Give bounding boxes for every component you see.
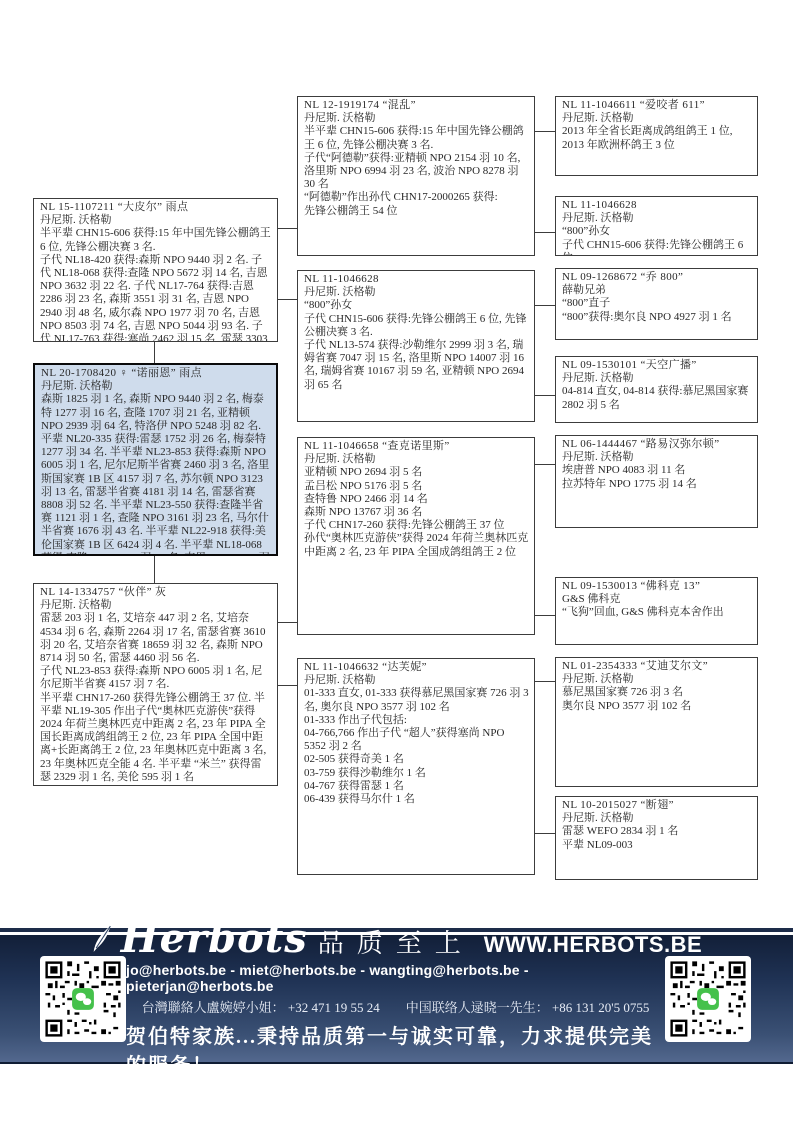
contact-china: 中国联络人逯晓一先生： +86 131 20'5 0755	[406, 997, 650, 1016]
pigeon-results: “飞狗”回血, G&S 佛科克本舍作出	[562, 606, 752, 619]
connector-line	[535, 395, 555, 396]
pigeon-owner: 丹尼斯. 沃格勒	[562, 372, 752, 385]
connector-line	[278, 622, 297, 623]
pigeon-owner: 丹尼斯. 沃格勒	[41, 380, 271, 393]
contact-emails: jo@herbots.be - miet@herbots.be - wangti…	[126, 962, 665, 994]
wechat-icon	[697, 988, 719, 1010]
pedigree-document-page: NL 15-1107211 “大皮尔” 雨点 丹尼斯. 沃格勒 半平辈 CHN1…	[0, 0, 793, 1122]
connector-line	[278, 685, 297, 686]
connector-line	[535, 131, 555, 132]
pigeon-owner: 丹尼斯. 沃格勒	[562, 212, 752, 225]
pigeon-owner: 丹尼斯. 沃格勒	[562, 812, 752, 825]
connector-line	[535, 305, 555, 306]
contact-taiwan: 台灣聯絡人盧婉婷小姐： +32 471 19 55 24	[142, 997, 380, 1016]
pigeon-ring-title: NL 20-1708420 ♀ “诺丽恩” 雨点	[41, 367, 271, 380]
footer-banner: Herbots 品质至上 WWW.HERBOTS.BE jo@herbots.b…	[0, 935, 793, 1064]
connector-line	[535, 464, 555, 465]
footer-content: Herbots 品质至上 WWW.HERBOTS.BE jo@herbots.b…	[126, 919, 665, 1078]
pigeon-results: 森斯 1825 羽 1 名, 森斯 NPO 9440 羽 2 名, 梅泰特 12…	[41, 393, 271, 556]
brand-slogan: 贺伯特家族...秉持品质第一与诚实可靠，力求提供完美的服务！	[126, 1020, 665, 1078]
pigeon-owner: 丹尼斯. 沃格勒	[562, 451, 752, 464]
pigeon-ring-title: NL 11-1046628	[562, 199, 752, 212]
contact-row: 台灣聯絡人盧婉婷小姐： +32 471 19 55 24 中国联络人逯晓一先生：…	[142, 997, 650, 1016]
pigeon-owner: G&S 佛科克	[562, 593, 752, 606]
brand-logo-text: Herbots	[121, 919, 308, 959]
pigeon-ring-title: NL 10-2015027 “断翅”	[562, 799, 752, 812]
pigeon-owner: 丹尼斯. 沃格勒	[40, 214, 272, 227]
pedigree-box-ggparent-2: NL 11-1046628 丹尼斯. 沃格勒 “800”孙女 子代 CHN15-…	[555, 196, 758, 256]
connector-line	[535, 615, 555, 616]
pigeon-results: 慕尼黑国家赛 726 羽 3 名 奥尔良 NPO 3577 羽 102 名	[562, 686, 752, 712]
brand-quality-text: 品质至上	[318, 930, 474, 958]
pigeon-owner: 丹尼斯. 沃格勒	[304, 674, 529, 687]
pigeon-results: 01-333 直女, 01-333 获得慕尼黑国家赛 726 羽 3 名, 奥尔…	[304, 687, 529, 806]
pigeon-results: 04-814 直女, 04-814 获得:慕尼黑国家赛 2802 羽 5 名	[562, 385, 752, 411]
pigeon-results: 雷瑟 WEFO 2834 羽 1 名 平辈 NL09-003	[562, 825, 752, 851]
pedigree-box-ggparent-6: NL 09-1530013 “佛科克 13” G&S 佛科克 “飞狗”回血, G…	[555, 577, 758, 645]
pedigree-box-subject: NL 20-1708420 ♀ “诺丽恩” 雨点 丹尼斯. 沃格勒 森斯 182…	[33, 363, 278, 556]
pedigree-box-grandparent-3: NL 11-1046658 “查克诺里斯” 丹尼斯. 沃格勒 亚精顿 NPO 2…	[297, 437, 535, 635]
pedigree-box-grandparent-2: NL 11-1046628 丹尼斯. 沃格勒 “800”孙女 子代 CHN15-…	[297, 270, 535, 422]
pedigree-box-father: NL 15-1107211 “大皮尔” 雨点 丹尼斯. 沃格勒 半平辈 CHN1…	[33, 198, 278, 342]
pigeon-results: 雷瑟 203 羽 1 名, 艾培奈 447 羽 2 名, 艾培奈 4534 羽 …	[40, 612, 272, 784]
connector-line	[154, 556, 155, 583]
connector-line	[535, 681, 555, 682]
pigeon-ring-title: NL 15-1107211 “大皮尔” 雨点	[40, 201, 272, 214]
wechat-qr-code-left	[40, 956, 126, 1042]
pigeon-ring-title: NL 09-1268672 “乔 800”	[562, 271, 752, 284]
pigeon-results: 埃唐普 NPO 4083 羽 11 名 拉苏特年 NPO 1775 羽 14 名	[562, 464, 752, 490]
pigeon-ring-title: NL 11-1046611 “爱咬者 611”	[562, 99, 752, 112]
pedigree-box-ggparent-3: NL 09-1268672 “乔 800” 薛勒兄弟 “800”直子 “800”…	[555, 268, 758, 340]
connector-line	[154, 342, 155, 363]
feather-icon	[86, 924, 117, 955]
pigeon-ring-title: NL 06-1444467 “路易汉弥尔顿”	[562, 438, 752, 451]
connector-line	[278, 299, 297, 300]
pedigree-box-ggparent-4: NL 09-1530101 “天空广播” 丹尼斯. 沃格勒 04-814 直女,…	[555, 356, 758, 423]
wechat-qr-code-right	[665, 956, 751, 1042]
pigeon-owner: 丹尼斯. 沃格勒	[304, 286, 529, 299]
pigeon-owner: 丹尼斯. 沃格勒	[304, 112, 529, 125]
pigeon-owner: 丹尼斯. 沃格勒	[562, 112, 752, 125]
pigeon-owner: 丹尼斯. 沃格勒	[304, 453, 529, 466]
pigeon-results: 亚精顿 NPO 2694 羽 5 名 孟吕松 NPO 5176 羽 5 名 查特…	[304, 466, 529, 558]
pigeon-ring-title: NL 09-1530101 “天空广播”	[562, 359, 752, 372]
pigeon-results: “800”孙女 子代 CHN15-606 获得:先锋公棚鸽王 6 位, 先锋公棚…	[304, 299, 529, 391]
pigeon-ring-title: NL 11-1046628	[304, 273, 529, 286]
connector-line	[535, 833, 555, 834]
wechat-icon	[72, 988, 94, 1010]
brand-website: WWW.HERBOTS.BE	[484, 932, 702, 958]
brand-row: Herbots 品质至上 WWW.HERBOTS.BE	[89, 919, 702, 959]
pigeon-results: 半平辈 CHN15-606 获得:15 年中国先锋公棚鸽王 6 位, 先锋公棚决…	[304, 125, 529, 217]
connector-line	[278, 228, 297, 229]
pedigree-box-ggparent-8: NL 10-2015027 “断翅” 丹尼斯. 沃格勒 雷瑟 WEFO 2834…	[555, 796, 758, 880]
pedigree-box-ggparent-1: NL 11-1046611 “爱咬者 611” 丹尼斯. 沃格勒 2013 年全…	[555, 96, 758, 176]
pigeon-owner: 丹尼斯. 沃格勒	[40, 599, 272, 612]
connector-line	[535, 232, 555, 233]
pigeon-ring-title: NL 12-1919174 “混乱”	[304, 99, 529, 112]
pedigree-box-grandparent-1: NL 12-1919174 “混乱” 丹尼斯. 沃格勒 半平辈 CHN15-60…	[297, 96, 535, 256]
pigeon-results: “800”直子 “800”获得:奥尔良 NPO 4927 羽 1 名	[562, 297, 752, 323]
pedigree-box-grandparent-4: NL 11-1046632 “达芙妮” 丹尼斯. 沃格勒 01-333 直女, …	[297, 658, 535, 875]
pedigree-box-ggparent-5: NL 06-1444467 “路易汉弥尔顿” 丹尼斯. 沃格勒 埃唐普 NPO …	[555, 435, 758, 528]
pigeon-results: 半平辈 CHN15-606 获得:15 年中国先锋公棚鸽王 6 位, 先锋公棚决…	[40, 227, 272, 342]
pigeon-ring-title: NL 11-1046658 “查克诺里斯”	[304, 440, 529, 453]
pedigree-box-ggparent-7: NL 01-2354333 “艾迪艾尔文” 丹尼斯. 沃格勒 慕尼黑国家赛 72…	[555, 657, 758, 787]
pigeon-results: “800”孙女 子代 CHN15-606 获得:先锋公棚鸽王 6 位	[562, 225, 752, 256]
pigeon-ring-title: NL 11-1046632 “达芙妮”	[304, 661, 529, 674]
qr-pattern	[668, 959, 748, 1039]
pigeon-results: 2013 年全省长距离成鸽组鸽王 1 位, 2013 年欧洲杯鸽王 3 位	[562, 125, 752, 151]
pigeon-owner: 丹尼斯. 沃格勒	[562, 673, 752, 686]
pigeon-ring-title: NL 14-1334757 “伙伴” 灰	[40, 586, 272, 599]
pedigree-box-mother: NL 14-1334757 “伙伴” 灰 丹尼斯. 沃格勒 雷瑟 203 羽 1…	[33, 583, 278, 786]
pigeon-ring-title: NL 09-1530013 “佛科克 13”	[562, 580, 752, 593]
pigeon-owner: 薛勒兄弟	[562, 284, 752, 297]
pigeon-ring-title: NL 01-2354333 “艾迪艾尔文”	[562, 660, 752, 673]
qr-pattern	[43, 959, 123, 1039]
